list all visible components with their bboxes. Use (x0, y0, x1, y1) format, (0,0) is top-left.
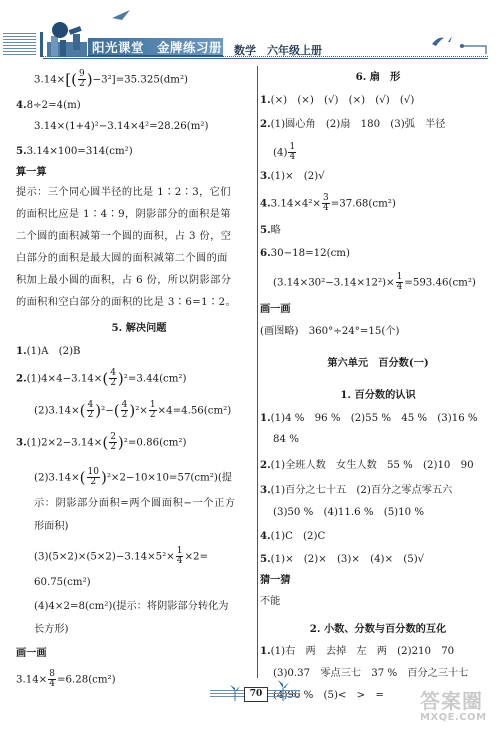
heading-draw: 画一画 (260, 302, 291, 316)
answer-line: (3.14×30²−3.14×12²)×14=593.46(cm²) (273, 273, 476, 292)
answer-line: 4.3.14×4²×34=37.68(cm²) (260, 194, 396, 213)
answer-line: 3.(1)百分之七十五 (2)百分之零点零五六 (260, 483, 452, 498)
birds-icon (430, 30, 490, 56)
column-divider (257, 66, 258, 678)
answer-line: 2.(1)全班人数 女生人数 55 % (2)10 90 (260, 458, 474, 473)
answer-line: 3.(1)× (2)√ (260, 169, 325, 184)
answer-line: 示：阴影部分面积=两个圆面积−一个正方 (34, 497, 236, 511)
heading-draw: 画一画 (16, 646, 47, 660)
answer-line: 5.3.14×100=314(cm²) (16, 144, 133, 159)
fraction: 92 (78, 70, 86, 89)
answer-line: (画图略) 360°÷24°=15(个) (260, 325, 399, 339)
answer-line: 3.14×(1+4)²−3.14×4²=28.26(m²) (34, 120, 208, 134)
answer-line: (3)0.37 零点三七 37 % 百分之三十七 (273, 667, 468, 681)
answer-line: 3.(1)2×2−3.14×(22)²=0.86(cm²) (16, 433, 186, 452)
unit-title: 第六单元 百分数(一) (268, 356, 488, 370)
section-title: 6. 扇 形 (268, 70, 488, 84)
answer-line: 1.(1)4 % 96 % (2)55 % 45 % (3)16 % (260, 411, 478, 426)
answer-line: 2.(1)4×4−3.14×(42)²=3.44(cm²) (16, 369, 186, 388)
answer-line: 形面积) (34, 520, 69, 534)
page-header: 阳光课堂 金牌练习册 数学 六年级上册 (0, 0, 500, 60)
answer-line: 60.75(cm²) (34, 576, 91, 590)
header-rule (43, 58, 488, 59)
answer-line: 不能 (260, 595, 280, 609)
section-title: 2. 小数、分数与百分数的互化 (268, 622, 488, 636)
answer-line: 2.(1)圆心角 (2)扇 180 (3)弧 半径 (260, 117, 445, 132)
answer-line: (3)50 % (4)11.6 % (5)10 % (273, 506, 424, 520)
watermark: 答案圈 MXQE.COM (420, 690, 500, 731)
header-stripes-decoration (3, 33, 36, 56)
answer-line: 5.略 (260, 223, 281, 238)
paper-plane-icon (112, 10, 130, 20)
answer-line: 4.(1)C (2)C (260, 529, 325, 544)
header-bar-decoration (40, 32, 43, 57)
answer-line: 5.(1)× (2)× (3)× (4)× (5)√ (260, 552, 424, 567)
heading-guess: 猜一猜 (260, 573, 291, 587)
series-title: 阳光课堂 金牌练习册 (92, 38, 222, 56)
page-number: 70 (244, 687, 268, 702)
header-dotted-rule (43, 56, 488, 57)
answer-line: 4.8÷2=4(m) (16, 98, 81, 113)
answer-line: 1.(1)A (2)B (16, 344, 81, 359)
section-title: 1. 百分数的认识 (268, 388, 488, 402)
answer-line: 3.14×[(92)−3²]=35.325(dm²) (34, 70, 188, 89)
answer-line: 1.(1)右 两 去掉 左 两 (2)210 70 (260, 644, 454, 659)
answer-line: (4)14 (273, 143, 297, 162)
answer-line: 84 % (273, 433, 299, 447)
hint-paragraph: 提示：三个同心圆半径的比是 1∶2∶3，它们的面积比应是 1∶4∶9，阴影部分的… (16, 182, 238, 314)
answer-line: (2)3.14×(102)²×2−10×10=57(cm²)(提 (34, 468, 232, 487)
answer-line: (3)(5×2)×(5×2)−3.14×5²×14×2= (34, 547, 208, 566)
answer-line: (4)4×2=8(cm²)(提示：将阴影部分转化为 (34, 600, 228, 614)
answer-line: (2)3.14×(42)²−(42)²×12×4=4.56(cm²) (34, 401, 231, 420)
answer-line: 1.(×) (×) (√) (×) (√) (√) (260, 93, 414, 108)
pinwheel-icon (228, 683, 242, 701)
pinwheel-icon (275, 679, 291, 701)
answer-line: 6.30−18=12(cm) (260, 246, 350, 261)
answer-line: 长方形) (34, 623, 69, 637)
telescope-boy-logo-icon (47, 20, 87, 57)
section-title: 5. 解决问题 (34, 321, 244, 335)
heading-calc: 算一算 (16, 165, 47, 179)
